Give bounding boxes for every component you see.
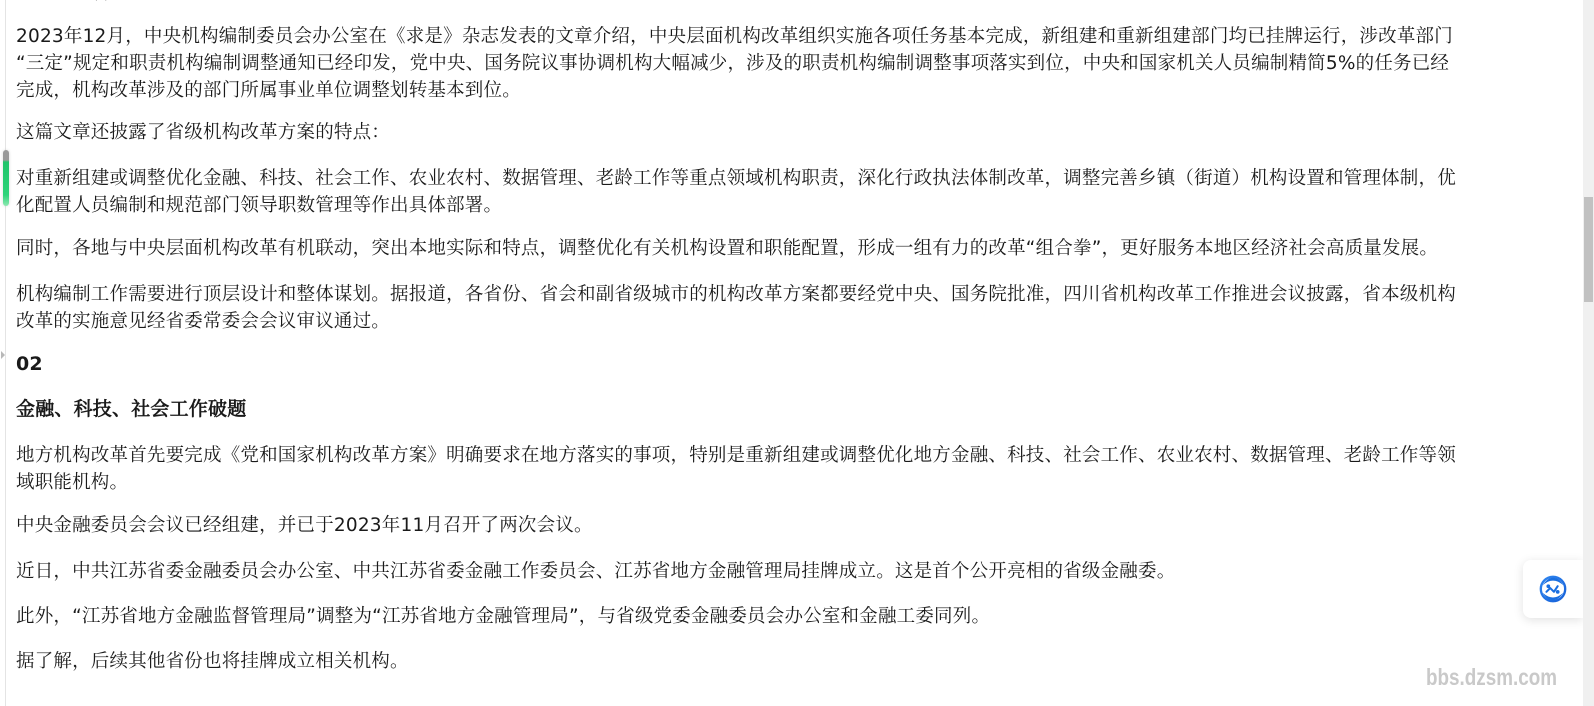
paragraph-intro-features: 这篇文章还披露了省级机构改革方案的特点： (16, 119, 1546, 146)
paragraph-local-linkage: 同时，各地与中央层面机构改革有机联动，突出本地实际和特点，调整优化有关机构设置和… (16, 235, 1546, 262)
paragraph-features: 对重新组建或调整优化金融、科技、社会工作、农业农村、数据管理、老龄工作等重点领域… (16, 165, 1546, 219)
paragraph-line: 改革的实施意见经省委常委会会议审议通过。 (16, 311, 390, 332)
paragraph-line: 域职能机构。 (16, 472, 128, 493)
paragraph-line: 2023年12月，中央机构编制委员会办公室在《求是》杂志发表的文章介绍，中央层面… (16, 26, 1453, 47)
paragraph-line: 此外，“江苏省地方金融监督管理局”调整为“江苏省地方金融管理局”，与省级党委金融… (16, 606, 990, 627)
paragraph-other-provinces: 据了解，后续其他省份也将挂牌成立相关机构。 (16, 648, 1546, 675)
paragraph-line: 完成，机构改革涉及的部门所属事业单位调整划转基本到位。 (16, 80, 521, 101)
paragraph-line: 近日，中共江苏省委金融委员会办公室、中共江苏省委金融工作委员会、江苏省地方金融管… (16, 561, 1175, 582)
reading-progress-indicator[interactable] (3, 150, 9, 206)
section-title: 金融、科技、社会工作破题 (16, 396, 1546, 423)
paragraph-line: 同时，各地与中央层面机构改革有机联动，突出本地实际和特点，调整优化有关机构设置和… (16, 238, 1438, 259)
paragraph-summary: 2023年12月，中央机构编制委员会办公室在《求是》杂志发表的文章介绍，中央层面… (16, 23, 1546, 104)
left-border (5, 0, 6, 706)
paragraph-jiangsu-rename: 此外，“江苏省地方金融监督管理局”调整为“江苏省地方金融管理局”，与省级党委金融… (16, 603, 1546, 630)
sidebar-expand-arrow-icon[interactable] (1, 351, 5, 359)
paragraph-line: “三定”规定和职责机构编制调整通知已经印发，党中央、国务院议事协调机构大幅减少，… (16, 53, 1449, 74)
ai-assistant-button[interactable] (1523, 560, 1583, 618)
paragraph-central-finance: 中央金融委员会会议已经组建，并已于2023年11月召开了两次会议。 (16, 512, 1546, 539)
section-number: 02 (16, 351, 1546, 378)
paragraph-line: 机构编制工作需要进行顶层设计和整体谋划。据报道，各省份、省会和副省级城市的机构改… (16, 284, 1456, 305)
paragraph-line: 中央金融委员会会议已经组建，并已于2023年11月召开了两次会议。 (16, 515, 593, 536)
paragraph-jiangsu-finance: 近日，中共江苏省委金融委员会办公室、中共江苏省委金融工作委员会、江苏省地方金融管… (16, 558, 1546, 585)
cutoff-previous-line: “ ” “ ” （ ） (16, 0, 123, 2)
ai-assistant-icon (1538, 574, 1568, 604)
site-watermark: bbs.dzsm.com (1426, 664, 1557, 691)
paragraph-local-reform: 地方机构改革首先要完成《党和国家机构改革方案》明确要求在地方落实的事项，特别是重… (16, 442, 1546, 496)
paragraph-line: 对重新组建或调整优化金融、科技、社会工作、农业农村、数据管理、老龄工作等重点领域… (16, 168, 1456, 189)
paragraph-top-level-design: 机构编制工作需要进行顶层设计和整体谋划。据报道，各省份、省会和副省级城市的机构改… (16, 281, 1546, 335)
paragraph-line: 化配置人员编制和规范部门领导职数管理等作出具体部署。 (16, 195, 502, 216)
paragraph-line: 这篇文章还披露了省级机构改革方案的特点： (16, 122, 390, 143)
vertical-scrollbar[interactable] (1583, 0, 1594, 706)
scrollbar-thumb[interactable] (1584, 197, 1593, 302)
paragraph-line: 地方机构改革首先要完成《党和国家机构改革方案》明确要求在地方落实的事项，特别是重… (16, 445, 1456, 466)
paragraph-line: 据了解，后续其他省份也将挂牌成立相关机构。 (16, 651, 409, 672)
